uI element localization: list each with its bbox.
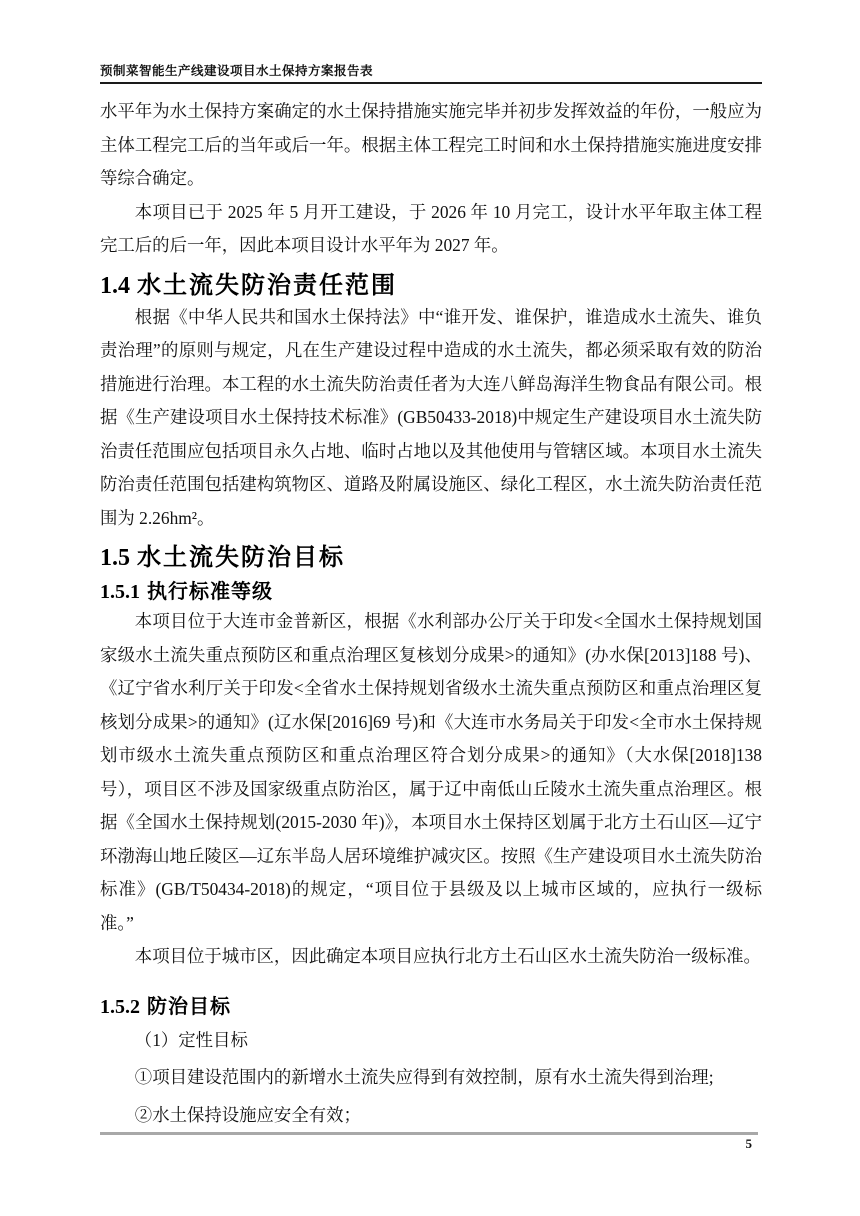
heading-1-4-number: 1.4 [100, 273, 130, 299]
page-number: 5 [100, 1136, 752, 1152]
heading-1-5-2: 1.5.2防治目标 [100, 994, 762, 1020]
footer-divider [100, 1132, 758, 1135]
heading-1-4: 1.4水土流失防治责任范围 [100, 271, 762, 301]
page-body: 水平年为水土保持方案确定的水土保持措施实施完毕并初步发挥效益的年份，一般应为主体… [100, 95, 762, 1132]
page-header: 预制菜智能生产线建设项目水土保持方案报告表 [100, 61, 762, 84]
heading-1-5: 1.5水土流失防治目标 [100, 543, 762, 573]
paragraph-standard-grade: 本项目位于大连市金普新区，根据《水利部办公厅关于印发<全国水土保持规划国家级水土… [100, 605, 762, 940]
heading-1-5-number: 1.5 [100, 545, 130, 571]
heading-1-4-title: 水土流失防治责任范围 [137, 272, 397, 299]
heading-1-5-1-number: 1.5.1 [100, 581, 140, 603]
heading-1-5-1: 1.5.1执行标准等级 [100, 579, 762, 605]
list-item-2: ②水土保持设施应安全有效； [100, 1099, 762, 1133]
paragraph-responsibility-scope: 根据《中华人民共和国水土保持法》中“谁开发、谁保护，谁造成水土流失、谁负责治理”… [100, 301, 762, 536]
header-title: 预制菜智能生产线建设项目水土保持方案报告表 [100, 61, 762, 79]
paragraph-city-standard: 本项目位于城市区，因此确定本项目应执行北方土石山区水土流失防治一级标准。 [100, 940, 762, 974]
list-intro-qualitative-goals: （1）定性目标 [100, 1024, 762, 1058]
paragraph-project-schedule: 本项目已于 2025 年 5 月开工建设，于 2026 年 10 月完工，设计水… [100, 196, 762, 263]
heading-1-5-title: 水土流失防治目标 [137, 544, 345, 571]
list-item-1: ①项目建设范围内的新增水土流失应得到有效控制，原有水土流失得到治理; [100, 1061, 762, 1095]
heading-1-5-2-title: 防治目标 [147, 996, 231, 1018]
heading-1-5-1-title: 执行标准等级 [147, 581, 273, 603]
paragraph-design-year: 水平年为水土保持方案确定的水土保持措施实施完毕并初步发挥效益的年份，一般应为主体… [100, 95, 762, 196]
heading-1-5-2-number: 1.5.2 [100, 996, 140, 1018]
document-page: 预制菜智能生产线建设项目水土保持方案报告表 水平年为水土保持方案确定的水土保持措… [0, 0, 860, 1216]
